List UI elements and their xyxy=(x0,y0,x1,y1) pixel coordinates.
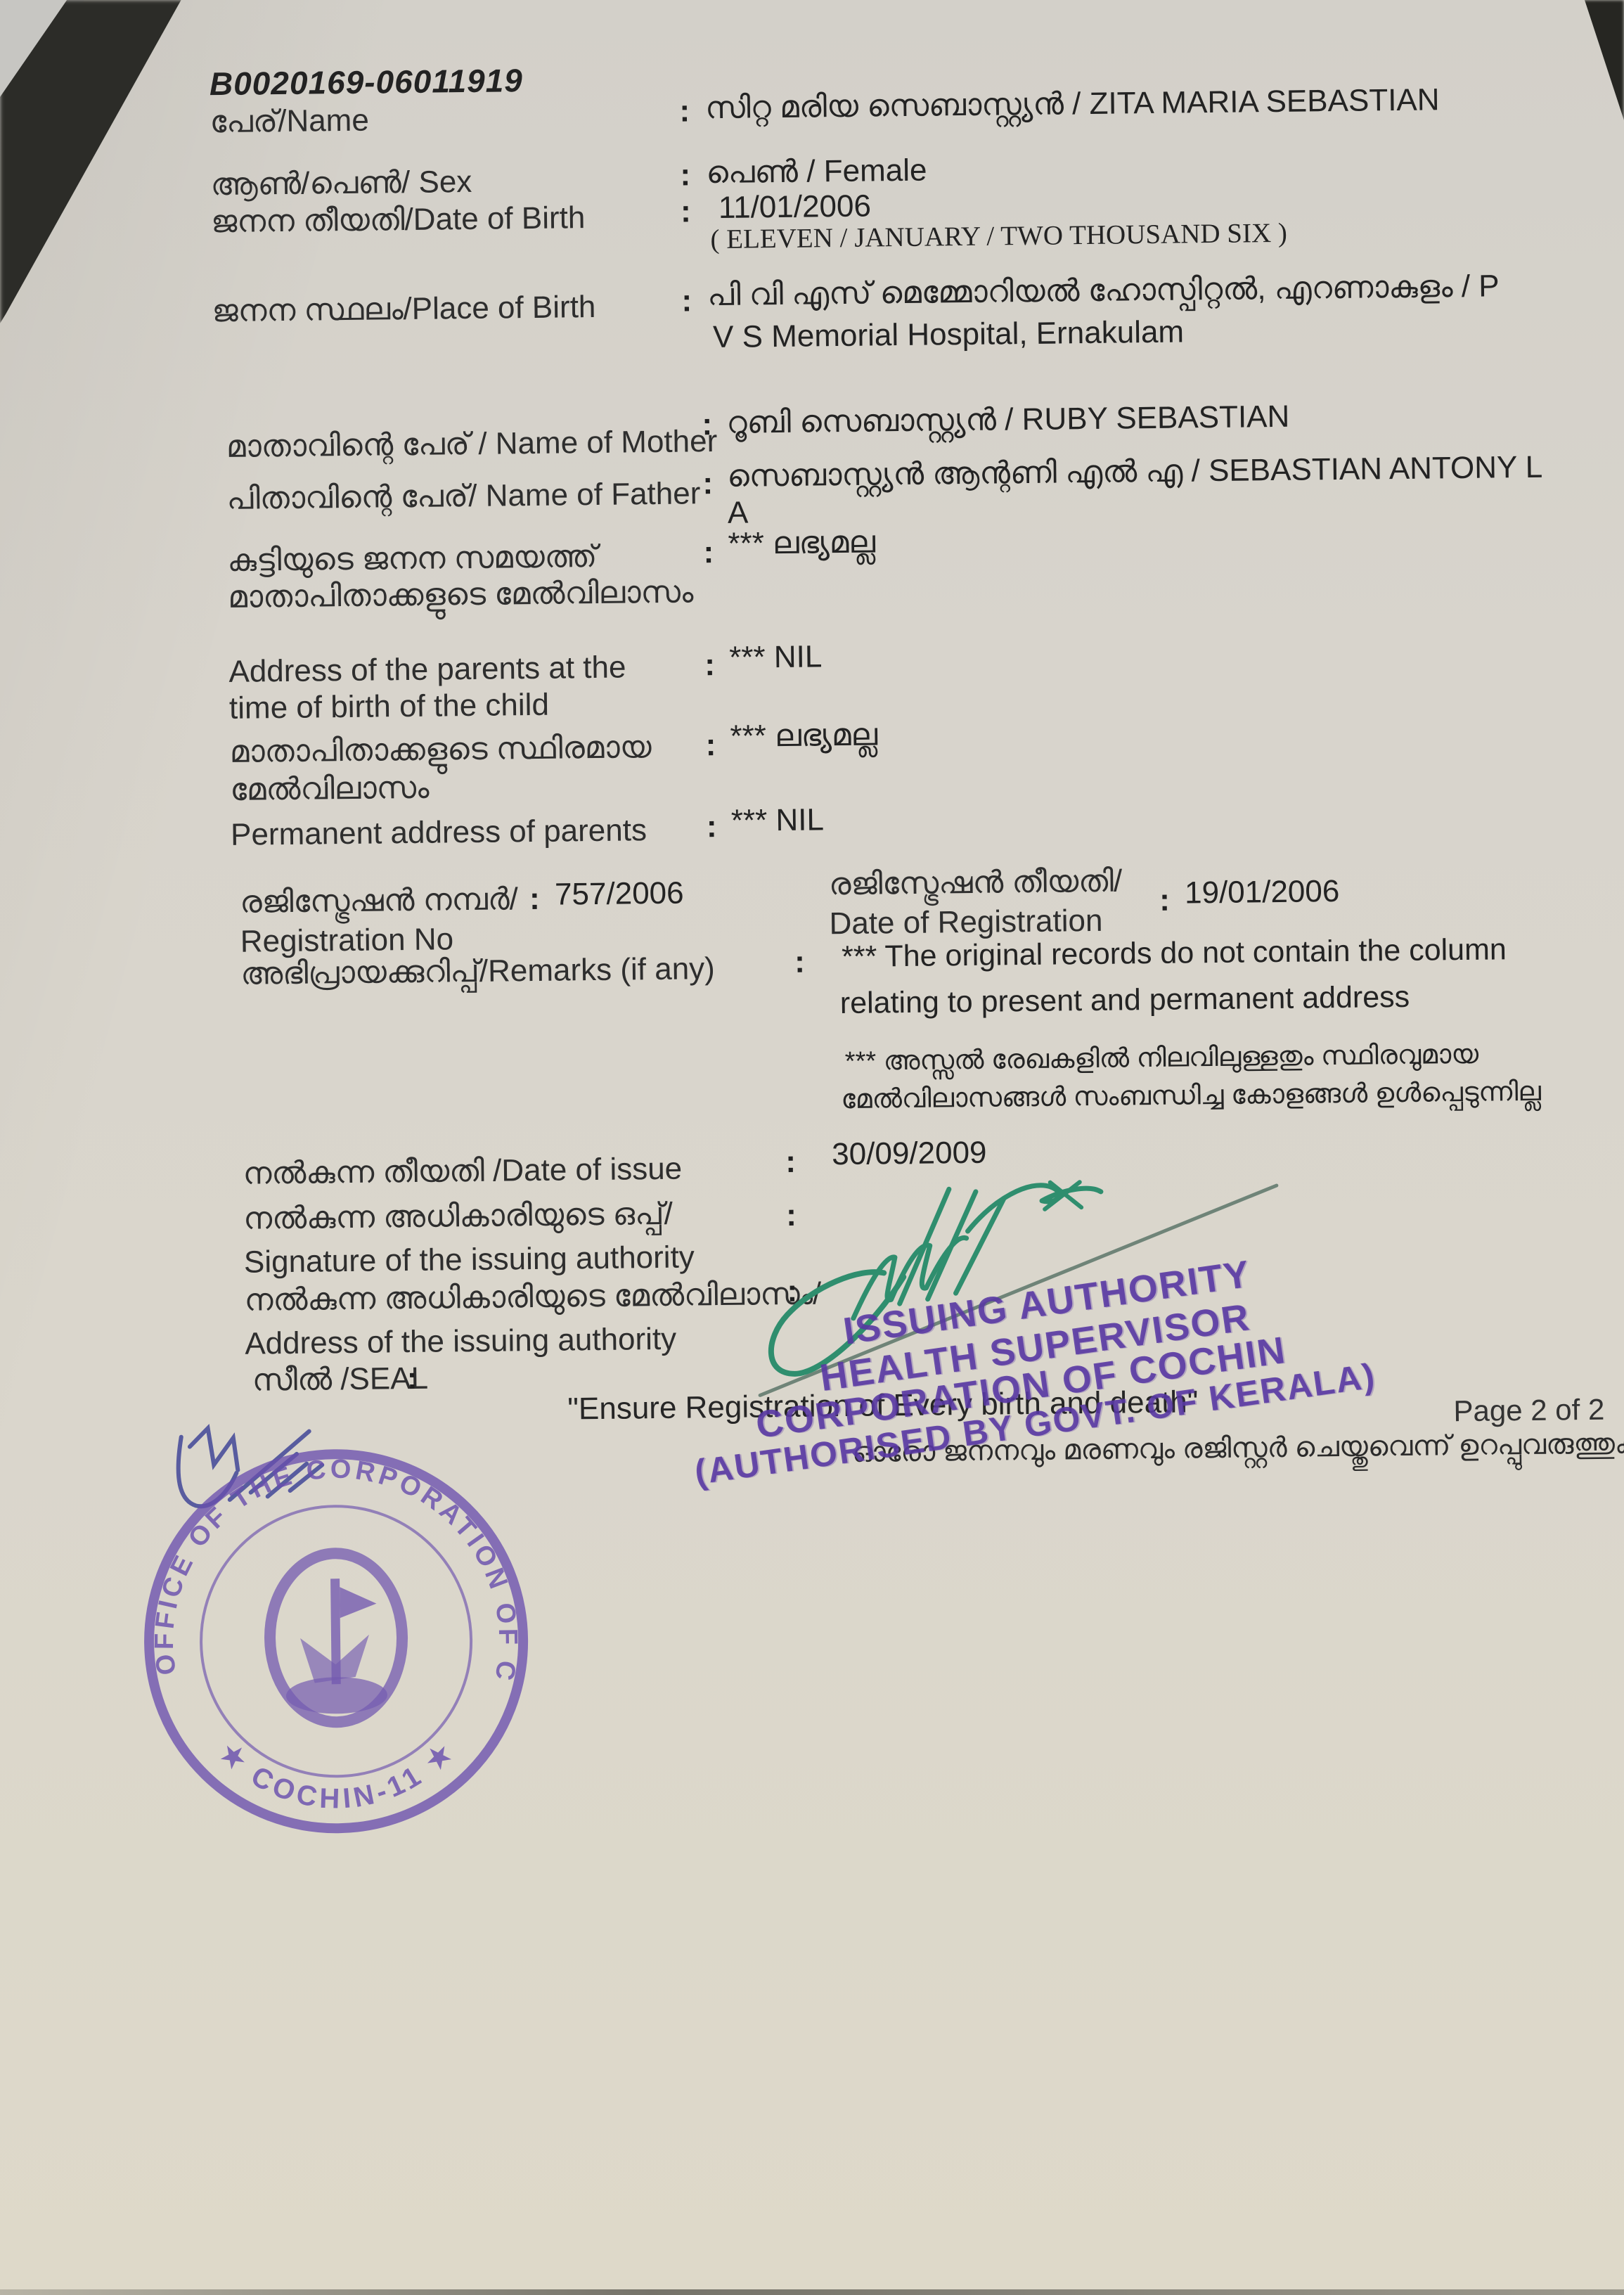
corporation-round-seal: OFFICE OF THE CORPORATION OF COCHIN ★ CO… xyxy=(0,0,1624,2295)
seal-emblem xyxy=(269,1552,404,1723)
svg-text:OFFICE OF THE CORPORATION OF C: OFFICE OF THE CORPORATION OF COCHIN xyxy=(0,0,523,1692)
seal-arc-text: OFFICE OF THE CORPORATION OF COCHIN xyxy=(0,0,523,1692)
certificate-content: B0020169-06011919 പേര്/Name : സിറ്റ മരിയ… xyxy=(0,0,1624,2295)
scanned-birth-certificate-page: B0020169-06011919 പേര്/Name : സിറ്റ മരിയ… xyxy=(0,0,1624,2295)
